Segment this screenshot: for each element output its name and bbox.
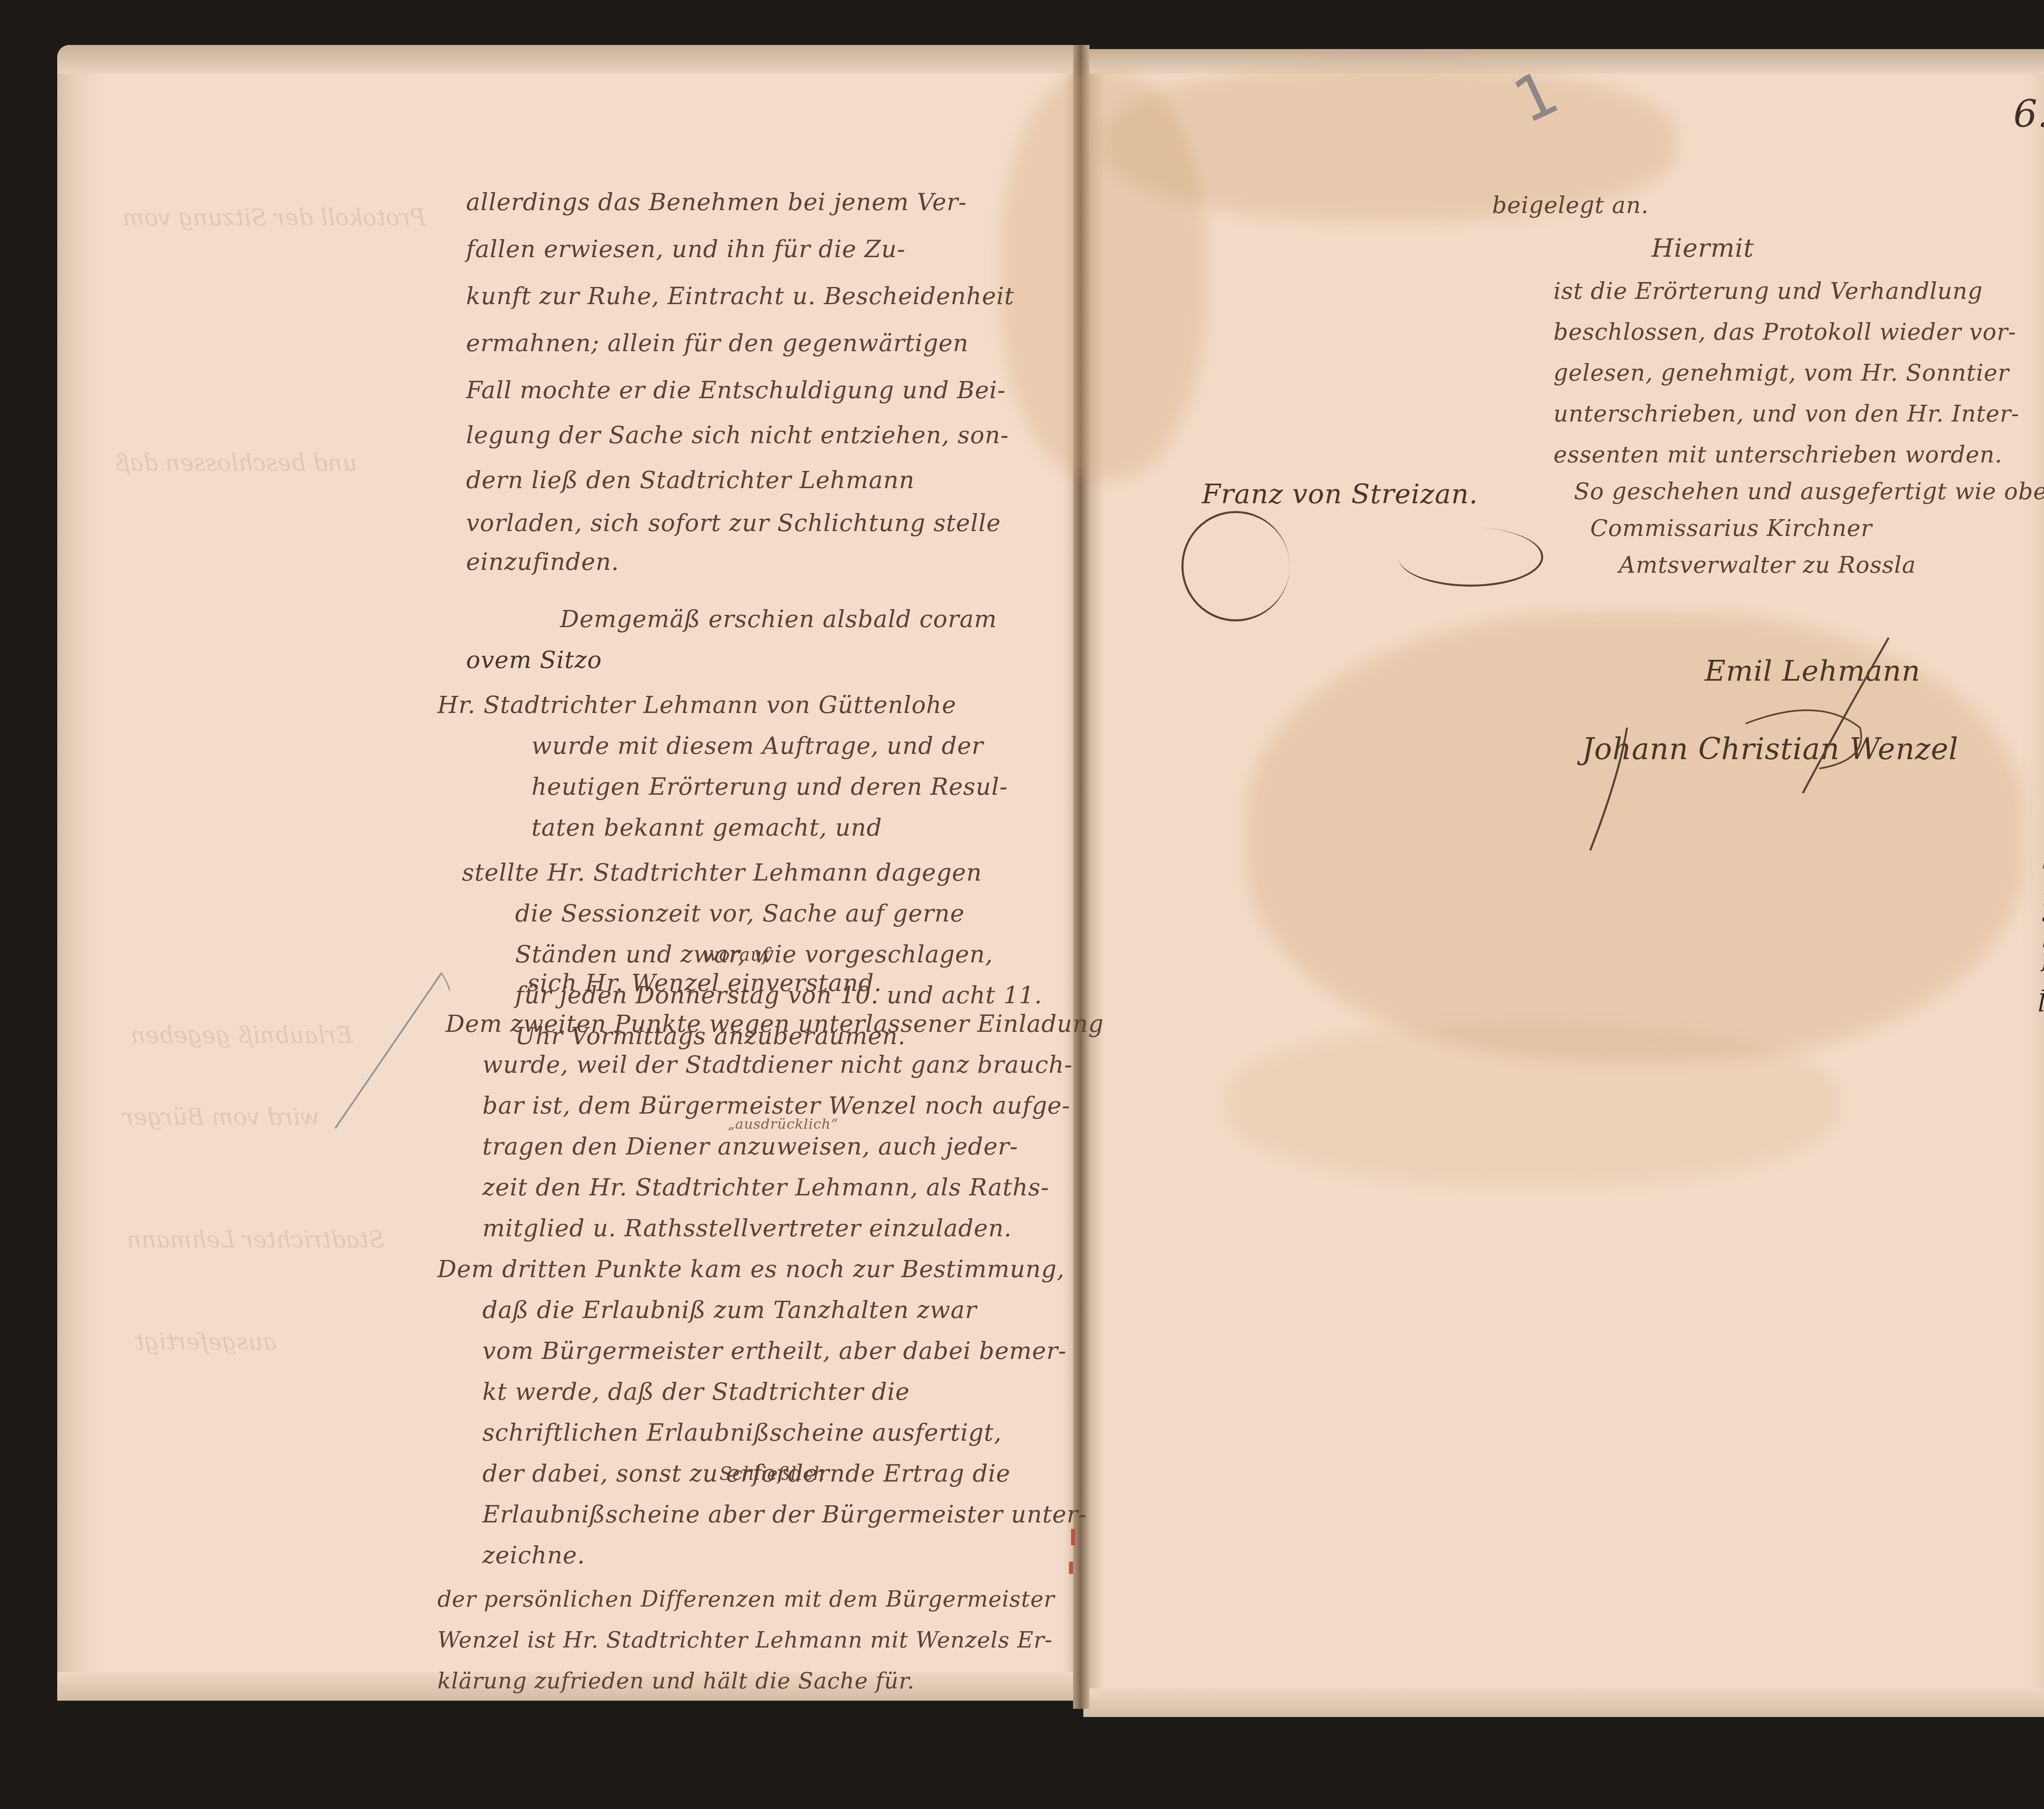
red-ink-mark bbox=[1071, 1529, 1075, 1545]
text-line: der persönlichen Differenzen mit dem Bür… bbox=[437, 1586, 1055, 1612]
text-line: Erlaubnißscheine aber der Bürgermeister … bbox=[482, 1500, 1087, 1528]
interlinear-note: „ausdrücklich“ bbox=[728, 1116, 838, 1132]
text-line: allerdings das Benehmen bei jenem Ver- bbox=[466, 188, 967, 216]
marginal-fragment: lolly bbox=[2038, 989, 2044, 1017]
text-line: kt werde, daß der Stadtrichter die bbox=[482, 1378, 910, 1406]
marginal-fragment: pl bbox=[2042, 920, 2044, 948]
text-line: heutigen Erörterung und deren Resul- bbox=[531, 773, 1008, 800]
red-ink-mark bbox=[1069, 1562, 1073, 1574]
text-line: wurde mit diesem Auftrage, und der bbox=[531, 732, 984, 760]
right-page-bottom-edge bbox=[1083, 1688, 2044, 1717]
left-page-top-edge bbox=[57, 45, 1081, 74]
text-line: ovem Sitzo bbox=[466, 646, 602, 674]
marginal-fragment: f bbox=[2042, 944, 2044, 972]
text-line: dern ließ den Stadtrichter Lehmann bbox=[466, 466, 914, 494]
text-line: fallen erwiesen, und ihn für die Zu- bbox=[466, 235, 905, 263]
page-number: 6. bbox=[2013, 92, 2044, 136]
text-line: vom Bürgermeister ertheilt, aber dabei b… bbox=[482, 1337, 1067, 1365]
text-line: tragen den Diener anzuweisen, auch jeder… bbox=[482, 1132, 1018, 1160]
text-line: stellte Hr. Stadtrichter Lehmann dagegen bbox=[462, 859, 982, 886]
right-page-top-edge bbox=[1083, 49, 2044, 74]
text-line: So geschehen und ausgefertigt wie oben d… bbox=[1574, 478, 2044, 505]
water-stain bbox=[1226, 1022, 1840, 1186]
text-line: Demgemäß erschien alsbald coram bbox=[560, 605, 997, 633]
opening-line: beigelegt an. bbox=[1492, 192, 1649, 219]
text-line: die Sessionzeit vor, Sache auf gerne bbox=[515, 899, 965, 927]
text-line: zeichne. bbox=[482, 1541, 585, 1569]
text-line: beschlossen, das Protokoll wieder vor- bbox=[1553, 319, 2016, 345]
signature-franz-von-streizan: Franz von Streizan. bbox=[1202, 478, 1478, 510]
heading-hiermit: Hiermit bbox=[1652, 233, 1754, 263]
text-line: Hr. Stadtrichter Lehmann von Güttenlohe bbox=[437, 691, 956, 719]
text-line: schriftlichen Erlaubnißscheine ausfertig… bbox=[482, 1419, 1002, 1446]
text-line: taten bekannt gemacht, und bbox=[531, 814, 882, 841]
text-line: legung der Sache sich nicht entziehen, s… bbox=[466, 421, 1009, 449]
text-line: ermahnen; allein für den gegenwärtigen bbox=[466, 329, 968, 357]
signature-flourish bbox=[1181, 511, 1290, 621]
text-line: Fall mochte er die Entschuldigung und Be… bbox=[466, 376, 1006, 404]
signature-flourish-strokes bbox=[1574, 621, 1942, 867]
text-line: gelesen, genehmigt, vom Hr. Sonntier bbox=[1553, 360, 2009, 386]
signature-flourish bbox=[1398, 527, 1543, 587]
text-line: sich Hr. Wenzel einverstand. bbox=[527, 969, 882, 997]
text-line: worauf bbox=[703, 944, 769, 965]
text-line: zeit den Hr. Stadtrichter Lehmann, als R… bbox=[482, 1173, 1049, 1201]
marginal-fragment: lly bbox=[2042, 846, 2044, 874]
text-line: unterschrieben, und von den Hr. Inter- bbox=[1553, 401, 2019, 427]
text-line: vorladen, sich sofort zur Schlichtung st… bbox=[466, 509, 1001, 537]
text-line: daß die Erlaubniß zum Tanzhalten zwar bbox=[482, 1296, 977, 1324]
text-line: wurde, weil der Stadtdiener nicht ganz b… bbox=[482, 1051, 1073, 1078]
text-line: ist die Erörterung und Verhandlung bbox=[1553, 278, 1983, 305]
text-line: Dem dritten Punkte kam es noch zur Besti… bbox=[437, 1255, 1065, 1283]
text-line: Commissarius Kirchner bbox=[1590, 515, 1872, 542]
text-line: einzufinden. bbox=[466, 548, 619, 576]
text-line: bar ist, dem Bürgermeister Wenzel noch a… bbox=[482, 1092, 1070, 1119]
text-line: Amtsverwalter zu Rossla bbox=[1619, 552, 1916, 578]
text-line: kunft zur Ruhe, Eintracht u. Bescheidenh… bbox=[466, 282, 1014, 310]
text-line: essenten mit unterschrieben worden. bbox=[1553, 442, 2002, 468]
text-line: mitglied u. Rathsstellvertreter einzulad… bbox=[482, 1214, 1012, 1242]
text-line: Schließlich bbox=[719, 1464, 825, 1484]
pencil-stroke bbox=[311, 969, 450, 1132]
text-line: Wenzel ist Hr. Stadtrichter Lehmann mit … bbox=[437, 1627, 1053, 1653]
text-line: klärung zufrieden und hält die Sache für… bbox=[437, 1668, 915, 1694]
text-line: Dem zweiten Punkte wegen unterlassener E… bbox=[446, 1010, 1104, 1038]
